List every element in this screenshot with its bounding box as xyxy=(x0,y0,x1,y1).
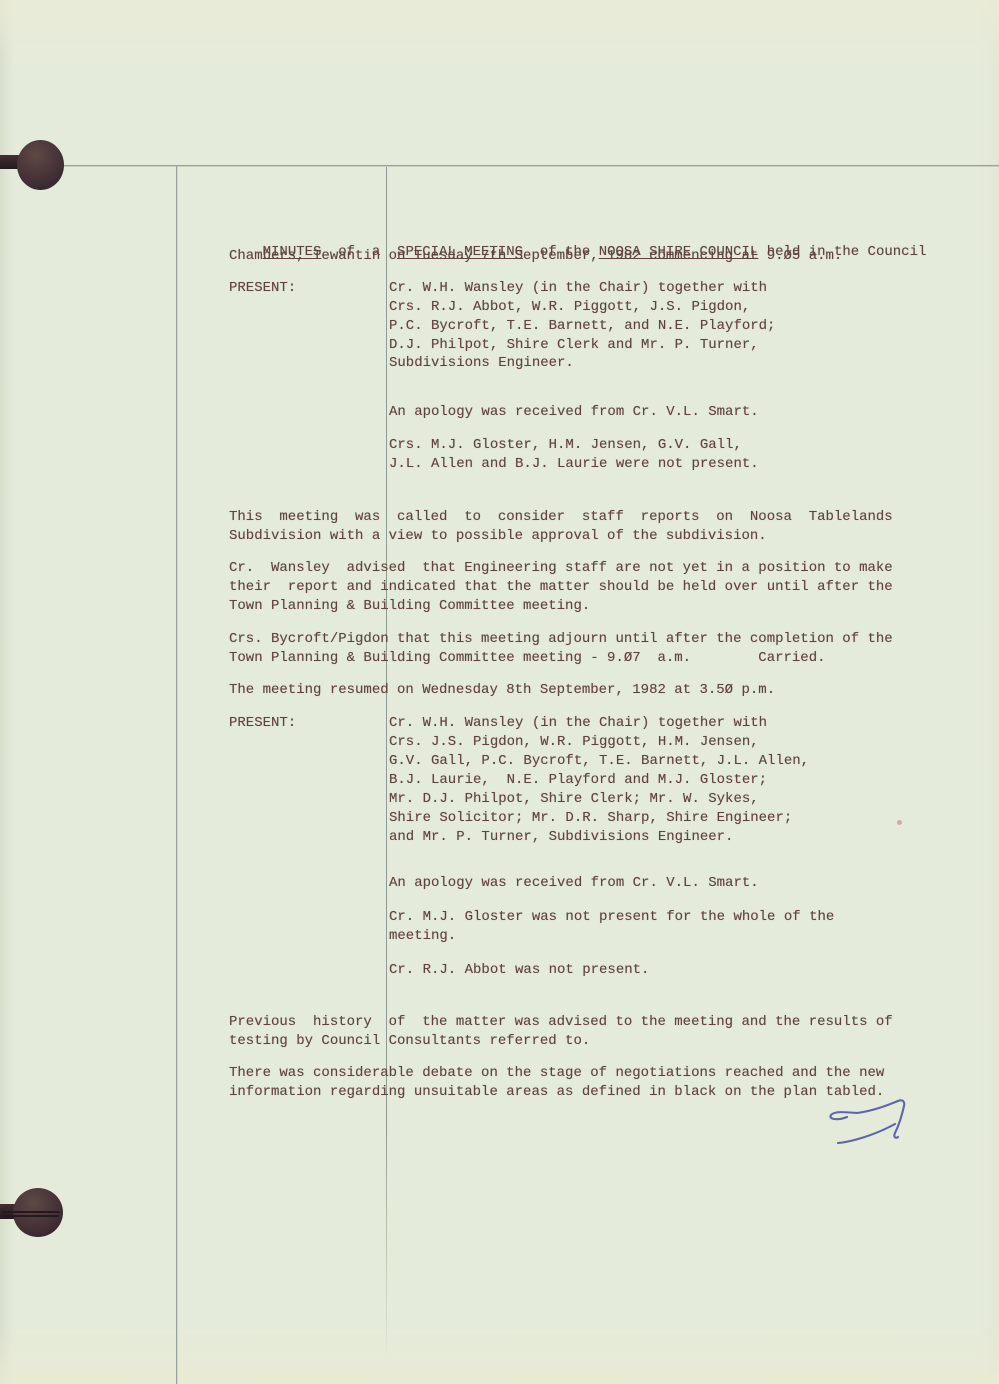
text-line: Subdivisions Engineer. xyxy=(389,356,574,371)
text-line: An apology was received from Cr. V.L. Sm… xyxy=(389,876,759,891)
text-line: Crs. Bycroft/Pigdon that this meeting ad… xyxy=(229,632,893,647)
text-line: Cr. W.H. Wansley (in the Chair) together… xyxy=(389,716,767,731)
text-line: meeting. xyxy=(389,929,456,944)
text-line: Cr. R.J. Abbot was not present. xyxy=(389,963,649,978)
text-line: information regarding unsuitable areas a… xyxy=(229,1085,884,1100)
text-line: Cr. W.H. Wansley (in the Chair) together… xyxy=(389,281,767,296)
text-line: The meeting resumed on Wednesday 8th Sep… xyxy=(229,683,775,698)
binder-fastener-top-icon xyxy=(17,140,64,190)
text-line: G.V. Gall, P.C. Bycroft, T.E. Barnett, J… xyxy=(389,754,809,769)
paper: MINUTES of a SPECIAL MEETING of the NOOS… xyxy=(0,0,999,1384)
handwritten-mark xyxy=(818,1094,928,1152)
text-line: This meeting was called to consider staf… xyxy=(229,510,893,525)
text-line: J.L. Allen and B.J. Laurie were not pres… xyxy=(389,457,759,472)
text-line: Mr. D.J. Philpot, Shire Clerk; Mr. W. Sy… xyxy=(389,792,759,807)
fastener-prong xyxy=(2,1215,59,1217)
text-line: Town Planning & Building Committee meeti… xyxy=(229,599,590,614)
text-line: Subdivision with a view to possible appr… xyxy=(229,529,767,544)
fastener-prong xyxy=(2,1211,60,1213)
text-line: D.J. Philpot, Shire Clerk and Mr. P. Tur… xyxy=(389,338,759,353)
text-line: Cr. Wansley advised that Engineering sta… xyxy=(229,561,893,576)
present-label: PRESENT: xyxy=(229,716,296,731)
text-line: Shire Solicitor; Mr. D.R. Sharp, Shire E… xyxy=(389,811,792,826)
present-label: PRESENT: xyxy=(229,281,296,296)
text-line: There was considerable debate on the sta… xyxy=(229,1066,884,1081)
text-line: Previous history of the matter was advis… xyxy=(229,1015,893,1030)
text-line: Crs. R.J. Abbot, W.R. Piggott, J.S. Pigd… xyxy=(389,300,750,315)
text-line: B.J. Laurie, N.E. Playford and M.J. Glos… xyxy=(389,773,767,788)
text-line: testing by Council Consultants referred … xyxy=(229,1034,590,1049)
text-line: An apology was received from Cr. V.L. Sm… xyxy=(389,405,759,420)
text-line: Crs. M.J. Gloster, H.M. Jensen, G.V. Gal… xyxy=(389,438,742,453)
paper-speck xyxy=(897,820,902,825)
fold-rule-center xyxy=(386,167,387,1362)
text-line: Chambers, Tewantin on Tuesday 7th Septem… xyxy=(229,249,842,264)
margin-rule-left xyxy=(176,165,177,1384)
text-line: Crs. J.S. Pigdon, W.R. Piggott, H.M. Jen… xyxy=(389,735,759,750)
text-line: and Mr. P. Turner, Subdivisions Engineer… xyxy=(389,830,733,845)
text-line: P.C. Bycroft, T.E. Barnett, and N.E. Pla… xyxy=(389,319,775,334)
text-line: their report and indicated that the matt… xyxy=(229,580,893,595)
ruled-line-horizontal xyxy=(56,165,999,166)
text-line: Cr. M.J. Gloster was not present for the… xyxy=(389,910,834,925)
text-line: Town Planning & Building Committee meeti… xyxy=(229,651,826,666)
